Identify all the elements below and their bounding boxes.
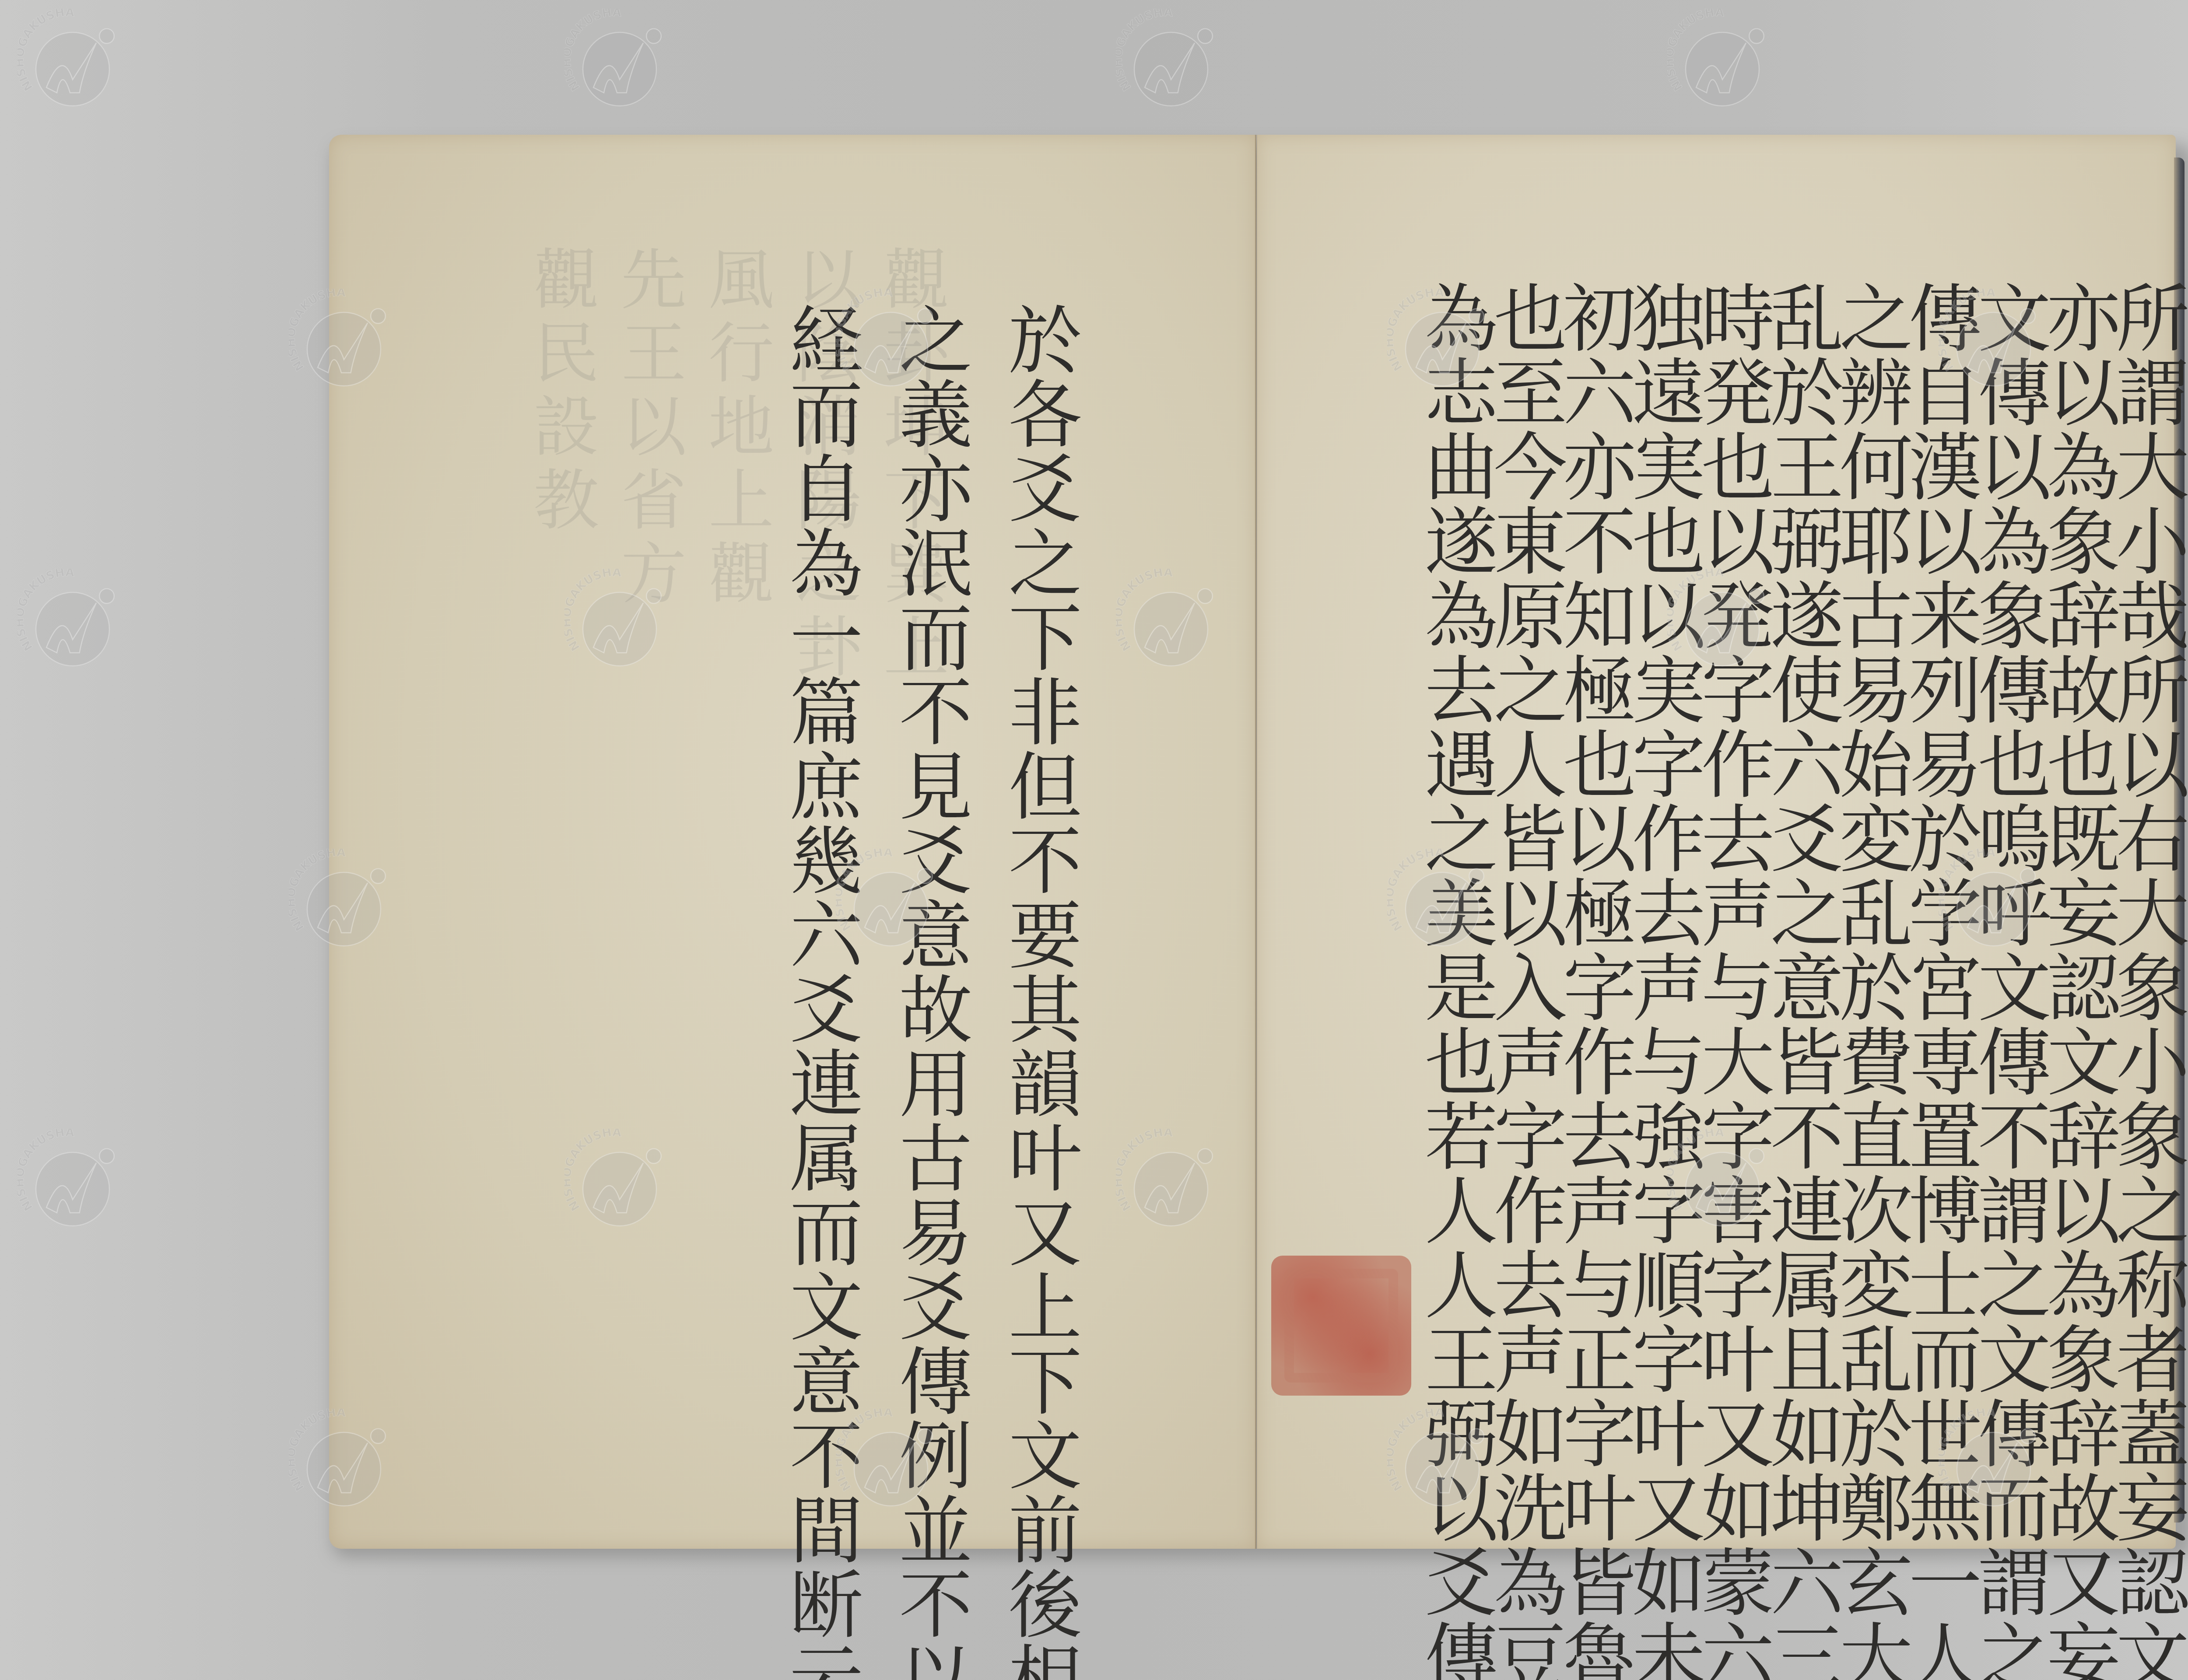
text-column: 独遠実也以実字作去声与強字順字叶又如未済: [1628, 280, 1697, 1549]
nishogakusha-logo-icon: NISHOGAKUSHA: [1667, 9, 1772, 114]
bleed-column: 觀民設教: [516, 245, 604, 1426]
text-column: 之義亦泯而不見爻意故用古易爻傳例並不以附: [875, 302, 985, 1505]
right-page-text: 所謂大小哉所以右大象小象之称者蓋妄認文辞 亦以為象辞故也既妄認文辞以為象辞故又妄…: [1421, 280, 2181, 1549]
text-column: 経而自為一篇庶幾六爻連属而文意不間断云: [766, 302, 875, 1505]
nishogakusha-logo-icon: NISHOGAKUSHA: [18, 9, 123, 114]
svg-text:NISHOGAKUSHA: NISHOGAKUSHA: [18, 569, 75, 653]
text-column: 之辨何耶古易始変乱於費直次変乱於鄭玄大変: [1836, 280, 1905, 1549]
book-spine: [1255, 135, 1258, 1549]
nishogakusha-logo-icon: NISHOGAKUSHA: [565, 9, 670, 114]
text-column: 於各爻之下非但不要其韻叶又上下文前後相承: [985, 302, 1094, 1505]
text-column: 亦以為象辞故也既妄認文辞以為象辞故又妄称: [2043, 280, 2112, 1549]
svg-text:NISHOGAKUSHA: NISHOGAKUSHA: [1116, 9, 1173, 93]
red-seal-stamp: [1271, 1256, 1411, 1396]
text-column: 也至今東原之人皆以入声字作去声如洗為豆識: [1490, 280, 1559, 1549]
text-column: 乱於王弼遂使六爻之意皆不連属且如坤六三以: [1767, 280, 1836, 1549]
bleed-column: 先王以省方: [604, 245, 691, 1426]
nishogakusha-logo-icon: NISHOGAKUSHA: [18, 569, 123, 674]
text-column: 所謂大小哉所以右大象小象之称者蓋妄認文辞: [2112, 280, 2181, 1549]
svg-text:NISHOGAKUSHA: NISHOGAKUSHA: [1667, 9, 1725, 93]
text-column: 文傳以為象傳也嗚呼文傳不謂之文傳而謂之象: [1974, 280, 2043, 1549]
svg-text:NISHOGAKUSHA: NISHOGAKUSHA: [18, 1129, 75, 1213]
text-column: 為志曲遂為去遇之美是也若人人王弼以爻傳分綴: [1421, 280, 1490, 1549]
svg-text:NISHOGAKUSHA: NISHOGAKUSHA: [565, 9, 622, 93]
text-column: 初六亦不知極也以極字作去声与正字叶皆魯音: [1559, 280, 1628, 1549]
text-column: 傳自漢以来列易於学宮専置博士而世無一人知: [1905, 280, 1974, 1549]
nishogakusha-logo-icon: NISHOGAKUSHA: [1116, 9, 1221, 114]
left-page-text: 於各爻之下非但不要其韻叶又上下文前後相承 之義亦泯而不見爻意故用古易爻傳例並不以…: [766, 302, 1094, 1505]
text-column: 時発也以発字作去声与大字害字叶又如蒙六四: [1697, 280, 1767, 1549]
svg-text:NISHOGAKUSHA: NISHOGAKUSHA: [18, 9, 75, 93]
nishogakusha-logo-icon: NISHOGAKUSHA: [18, 1129, 123, 1234]
